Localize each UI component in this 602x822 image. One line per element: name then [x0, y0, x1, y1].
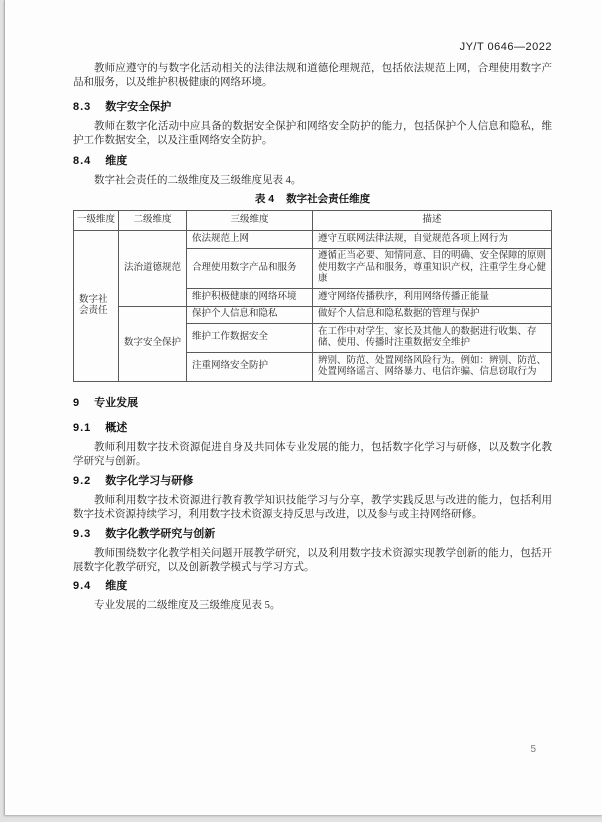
section-number: 9.1 [73, 422, 91, 435]
level2-cell: 法治道德规范 [119, 231, 187, 307]
description-cell: 遵循正当必要、知情同意、目的明确、安全保障的原则使用数字产品和服务，尊重知识产权… [313, 248, 552, 289]
table-row: 数字安全保护 保护个人信息和隐私 做好个人信息和隐私数据的管理与保护 [74, 306, 552, 324]
section-9-2-paragraph: 教师利用数字技术资源进行教育教学知识技能学习与分享，教学实践反思与改进的能力，包… [73, 494, 552, 521]
table-header-row: 一级维度 二级维度 三级维度 描述 [74, 210, 552, 231]
table-caption-title: 数字社会责任维度 [286, 193, 370, 205]
section-title: 数字安全保护 [105, 101, 171, 113]
section-title: 数字化教学研究与创新 [105, 528, 215, 540]
section-number: 9 [73, 397, 80, 410]
section-heading-8-4: 8.4维度 [73, 155, 552, 168]
section-heading-9: 9专业发展 [73, 397, 552, 410]
section-number: 9.4 [73, 580, 91, 593]
level1-cell: 数字社会责任 [74, 231, 119, 382]
section-title: 概述 [105, 422, 127, 434]
level3-cell: 保护个人信息和隐私 [187, 306, 313, 324]
level3-cell: 注重网络安全防护 [187, 353, 313, 382]
section-title: 维度 [105, 155, 127, 167]
description-cell: 做好个人信息和隐私数据的管理与保护 [313, 306, 552, 324]
section-number: 8.3 [73, 101, 91, 114]
table-caption-label: 表 4 [255, 193, 274, 205]
level2-cell: 数字安全保护 [119, 306, 187, 382]
col-header-level2: 二级维度 [119, 210, 187, 231]
col-header-level3: 三级维度 [187, 210, 313, 231]
section-8-4-paragraph: 数字社会责任的二级维度及三级维度见表 4。 [73, 174, 552, 188]
level3-cell: 依法规范上网 [187, 231, 313, 249]
section-9-3-paragraph: 教师围绕数字化教学相关问题开展教学研究，以及利用数字技术资源实现教学创新的能力，… [73, 547, 552, 574]
section-title: 数字化学习与研修 [105, 475, 193, 487]
section-heading-9-2: 9.2数字化学习与研修 [73, 475, 552, 488]
section-number: 8.4 [73, 155, 91, 168]
section-8-3-paragraph: 教师在数字化活动中应具备的数据安全保护和网络安全防护的能力，包括保护个人信息和隐… [73, 120, 552, 147]
level3-cell: 维护工作数据安全 [187, 324, 313, 353]
section-heading-9-1: 9.1概述 [73, 422, 552, 435]
table-row: 数字社会责任 法治道德规范 依法规范上网 遵守互联网法律法规，自觉规范各项上网行… [74, 231, 552, 249]
level3-cell: 维护积极健康的网络环境 [187, 289, 313, 307]
page-number: 5 [530, 744, 536, 755]
section-number: 9.2 [73, 475, 91, 488]
document-page: JY/T 0646—2022 教师应遵守的与数字化活动相关的法律法规和道德伦理规… [4, 0, 602, 815]
description-cell: 在工作中对学生、家长及其他人的数据进行收集、存储、使用、传播时注重数据安全维护 [313, 324, 552, 353]
section-number: 9.3 [73, 528, 91, 541]
description-cell: 辨别、防范、处置网络风险行为。例如：辨别、防范、处置网络谣言、网络暴力、电信诈骗… [313, 353, 552, 382]
description-cell: 遵守互联网法律法规，自觉规范各项上网行为 [313, 231, 552, 249]
description-cell: 遵守网络传播秩序，利用网络传播正能量 [313, 289, 552, 307]
section-heading-9-3: 9.3数字化教学研究与创新 [73, 528, 552, 541]
table-4-digital-social-responsibility: 一级维度 二级维度 三级维度 描述 数字社会责任 法治道德规范 依法规范上网 遵… [73, 210, 552, 383]
level3-cell: 合理使用数字产品和服务 [187, 248, 313, 289]
section-title: 维度 [105, 580, 127, 592]
col-header-description: 描述 [313, 210, 552, 231]
col-header-level1: 一级维度 [74, 210, 119, 231]
section-heading-9-4: 9.4维度 [73, 580, 552, 593]
section-9-1-paragraph: 教师利用数字技术资源促进自身及共同体专业发展的能力，包括数字化学习与研修，以及数… [73, 441, 552, 468]
standard-code-header: JY/T 0646—2022 [73, 0, 552, 53]
intro-paragraph: 教师应遵守的与数字化活动相关的法律法规和道德伦理规范，包括依法规范上网，合理使用… [73, 62, 552, 89]
section-title: 专业发展 [94, 397, 138, 409]
section-9-4-paragraph: 专业发展的二级维度及三级维度见表 5。 [73, 599, 552, 613]
table-4-caption: 表 4数字社会责任维度 [73, 193, 552, 206]
section-heading-8-3: 8.3数字安全保护 [73, 101, 552, 114]
